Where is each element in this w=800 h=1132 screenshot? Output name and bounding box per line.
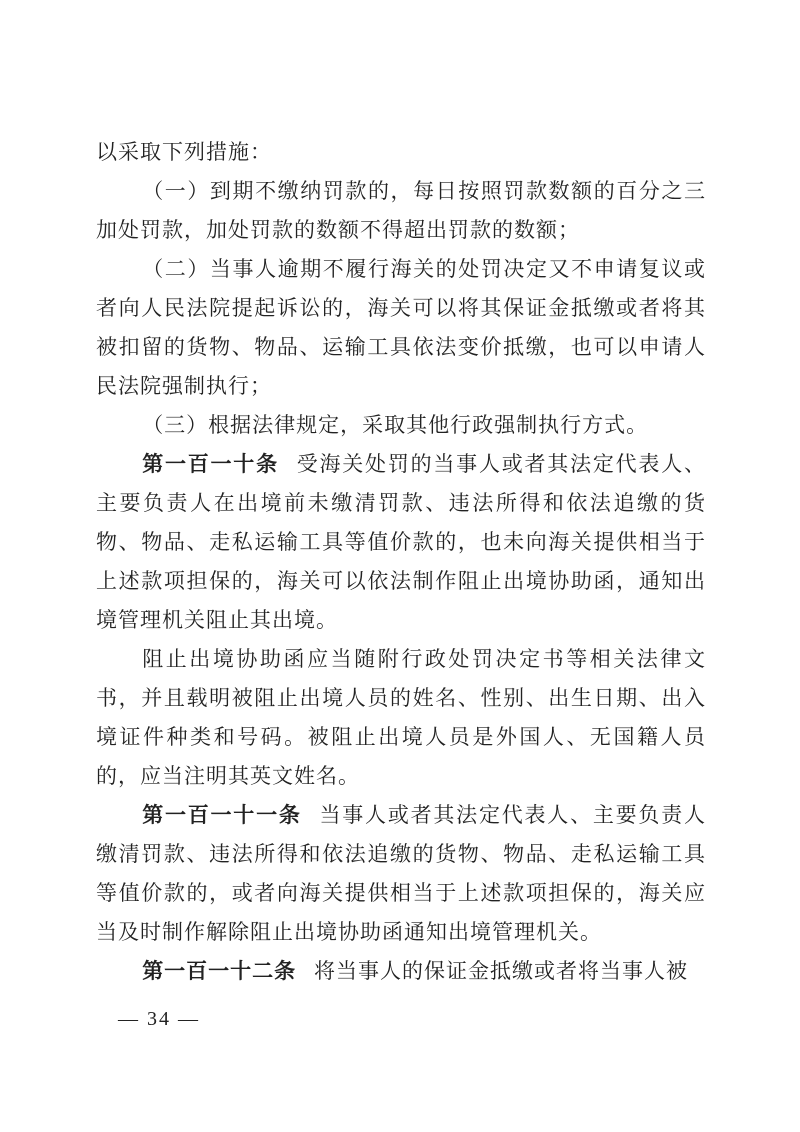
paragraph-item-1: （一）到期不缴纳罚款的，每日按照罚款数额的百分之三加处罚款，加处罚款的数额不得超…	[96, 172, 706, 250]
paragraph-text: （一）到期不缴纳罚款的，每日按照罚款数额的百分之三加处罚款，加处罚款的数额不得超…	[96, 179, 706, 242]
article-number-label: 第一百一十二条	[142, 959, 296, 983]
paragraph-text: （三）根据法律规定，采取其他行政强制执行方式。	[142, 413, 648, 437]
paragraph-text: （二）当事人逾期不履行海关的处罚决定又不申请复议或者向人民法院提起诉讼的，海关可…	[96, 257, 706, 398]
paragraph-continuation: 以采取下列措施：	[96, 133, 706, 172]
paragraph-text: 将当事人的保证金抵缴或者将当事人被	[314, 959, 688, 983]
paragraph-item-3: （三）根据法律规定，采取其他行政强制执行方式。	[96, 406, 706, 445]
document-body: 以采取下列措施： （一）到期不缴纳罚款的，每日按照罚款数额的百分之三加处罚款，加…	[96, 133, 706, 991]
article-number-label: 第一百一十一条	[142, 803, 301, 827]
paragraph-article-112: 第一百一十二条将当事人的保证金抵缴或者将当事人被	[96, 952, 706, 991]
paragraph-text: 受海关处罚的当事人或者其法定代表人、主要负责人在出境前未缴清罚款、违法所得和依法…	[96, 452, 706, 632]
paragraph-item-2: （二）当事人逾期不履行海关的处罚决定又不申请复议或者向人民法院提起诉讼的，海关可…	[96, 250, 706, 406]
paragraph-article-110-clause-2: 阻止出境协助函应当随附行政处罚决定书等相关法律文书，并且载明被阻止出境人员的姓名…	[96, 640, 706, 796]
document-page: 以采取下列措施： （一）到期不缴纳罚款的，每日按照罚款数额的百分之三加处罚款，加…	[0, 0, 800, 1132]
paragraph-text: 阻止出境协助函应当随附行政处罚决定书等相关法律文书，并且载明被阻止出境人员的姓名…	[96, 647, 706, 788]
article-number-label: 第一百一十条	[142, 452, 279, 476]
paragraph-article-111: 第一百一十一条当事人或者其法定代表人、主要负责人缴清罚款、违法所得和依法追缴的货…	[96, 796, 706, 952]
paragraph-text: 以采取下列措施：	[96, 140, 272, 164]
paragraph-article-110: 第一百一十条受海关处罚的当事人或者其法定代表人、主要负责人在出境前未缴清罚款、违…	[96, 445, 706, 640]
page-number: — 34 —	[118, 1008, 200, 1031]
